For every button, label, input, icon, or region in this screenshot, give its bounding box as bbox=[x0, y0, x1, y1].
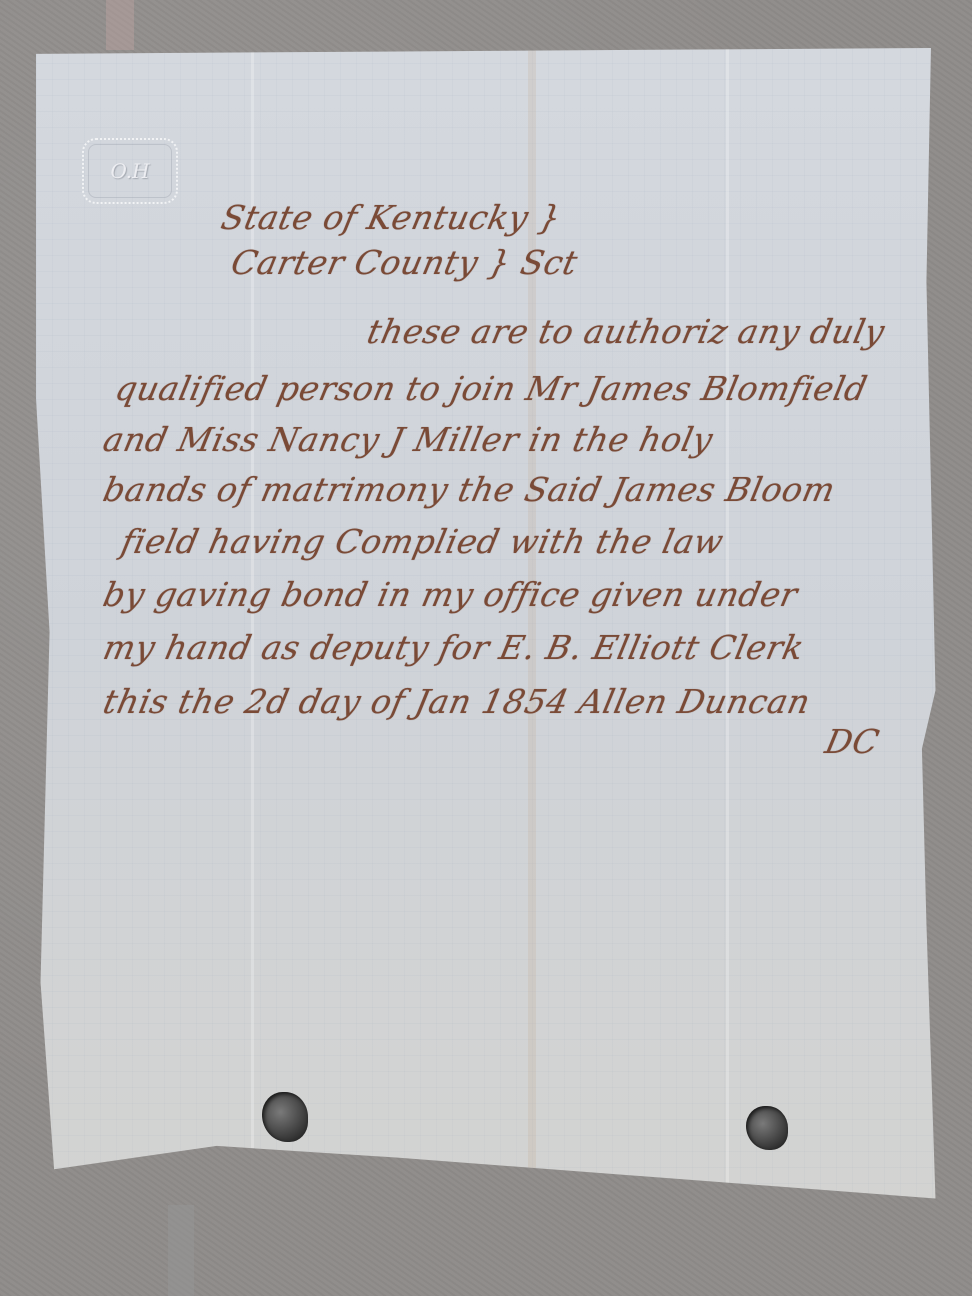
handwritten-line: field having Complied with the law bbox=[118, 522, 727, 561]
handwritten-line: my hand as deputy for E. B. Elliott Cler… bbox=[100, 628, 808, 667]
tape-strip-bottom bbox=[168, 1205, 194, 1296]
handwritten-line: bands of matrimony the Said James Bloom bbox=[100, 470, 839, 509]
handwritten-line: DC bbox=[822, 722, 883, 761]
handwritten-line: Carter County } Sct bbox=[228, 243, 581, 282]
handwritten-line: this the 2d day of Jan 1854 Allen Duncan bbox=[100, 682, 814, 721]
handwritten-line: by gaving bond in my office given under bbox=[100, 575, 801, 614]
embossed-stationer-mark: O.H bbox=[82, 138, 178, 204]
handwritten-line: qualified person to join Mr James Blomfi… bbox=[112, 369, 871, 408]
punched-hole bbox=[746, 1106, 788, 1150]
handwritten-line: these are to authoriz any duly bbox=[364, 312, 889, 351]
handwritten-line: and Miss Nancy J Miller in the holy bbox=[100, 420, 717, 459]
tape-strip-top bbox=[106, 0, 134, 50]
handwritten-line: State of Kentucky } bbox=[218, 198, 565, 237]
